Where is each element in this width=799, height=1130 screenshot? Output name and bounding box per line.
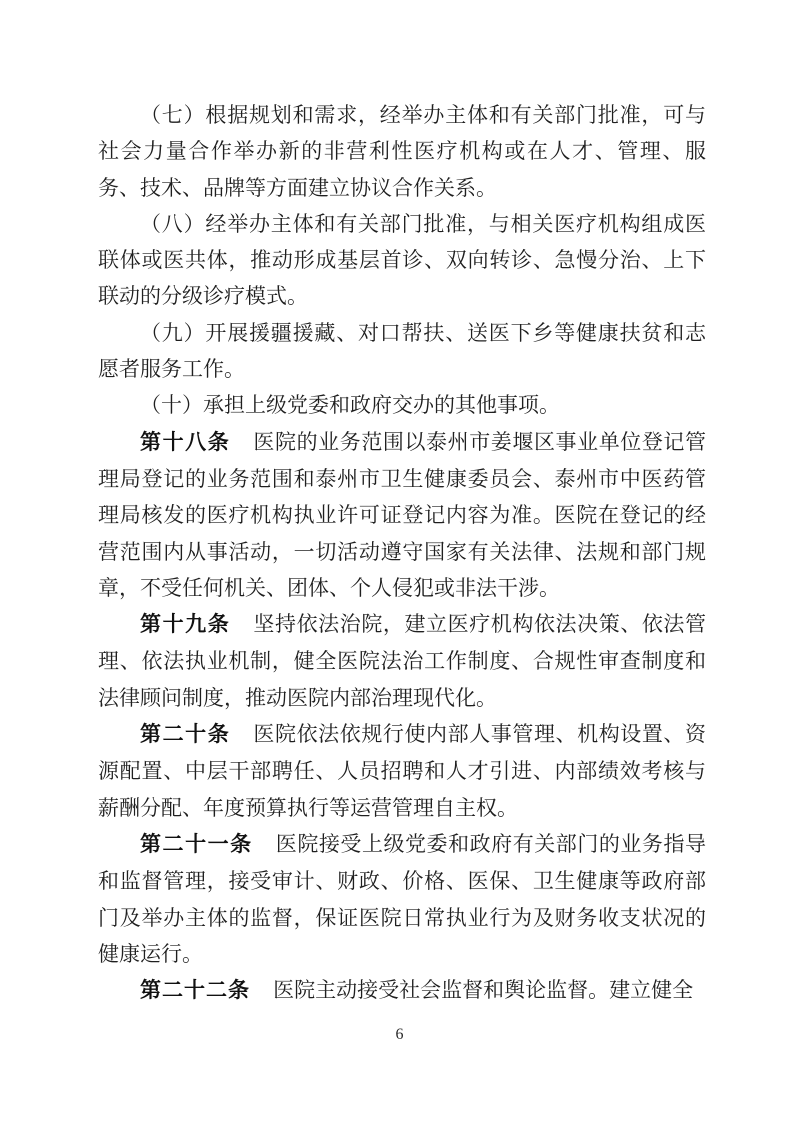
- article-number: 第二十条: [140, 723, 230, 746]
- paragraph-text: （九）开展援疆援藏、对口帮扶、送医下乡等健康扶贫和志愿者服务工作。: [98, 321, 706, 381]
- paragraph-item-7: （七）根据规划和需求，经举办主体和有关部门批准，可与社会力量合作举办新的非营利性…: [98, 97, 706, 206]
- article-number: 第十九条: [140, 613, 230, 636]
- page-footer: 6: [0, 1024, 799, 1046]
- paragraph-item-8: （八）经举办主体和有关部门批准，与相关医疗机构组成医联体或医共体，推动形成基层首…: [98, 206, 706, 315]
- article-number: 第二十二条: [140, 979, 250, 1002]
- paragraph-article-21: 第二十一条医院接受上级党委和政府有关部门的业务指导和监督管理，接受审计、财政、价…: [98, 826, 706, 972]
- paragraph-item-10: （十）承担上级党委和政府交办的其他事项。: [98, 387, 706, 423]
- article-number: 第二十一条: [140, 833, 253, 856]
- page-number: 6: [396, 1026, 404, 1043]
- paragraph-article-19: 第十九条坚持依法治院，建立医疗机构依法决策、依法管理、依法执业机制，健全医院法治…: [98, 606, 706, 716]
- paragraph-text: 医院主动接受社会监督和舆论监督。建立健全: [273, 978, 693, 1002]
- paragraph-text: （十）承担上级党委和政府交办的其他事项。: [140, 393, 560, 417]
- paragraph-article-22: 第二十二条医院主动接受社会监督和舆论监督。建立健全: [98, 972, 706, 1009]
- paragraph-text: （七）根据规划和需求，经举办主体和有关部门批准，可与社会力量合作举办新的非营利性…: [98, 103, 706, 200]
- paragraph-article-18: 第十八条医院的业务范围以泰州市姜堰区事业单位登记管理局登记的业务范围和泰州市卫生…: [98, 424, 706, 606]
- paragraph-item-9: （九）开展援疆援藏、对口帮扶、送医下乡等健康扶贫和志愿者服务工作。: [98, 315, 706, 388]
- paragraph-text: （八）经举办主体和有关部门批准，与相关医疗机构组成医联体或医共体，推动形成基层首…: [98, 212, 706, 309]
- paragraph-article-20: 第二十条医院依法依规行使内部人事管理、机构设置、资源配置、中层干部聘任、人员招聘…: [98, 716, 706, 826]
- document-body: （七）根据规划和需求，经举办主体和有关部门批准，可与社会力量合作举办新的非营利性…: [98, 97, 706, 1009]
- document-page: （七）根据规划和需求，经举办主体和有关部门批准，可与社会力量合作举办新的非营利性…: [0, 0, 799, 1130]
- paragraph-text: 医院的业务范围以泰州市姜堰区事业单位登记管理局登记的业务范围和泰州市卫生健康委员…: [98, 430, 706, 600]
- article-number: 第十八条: [140, 431, 230, 454]
